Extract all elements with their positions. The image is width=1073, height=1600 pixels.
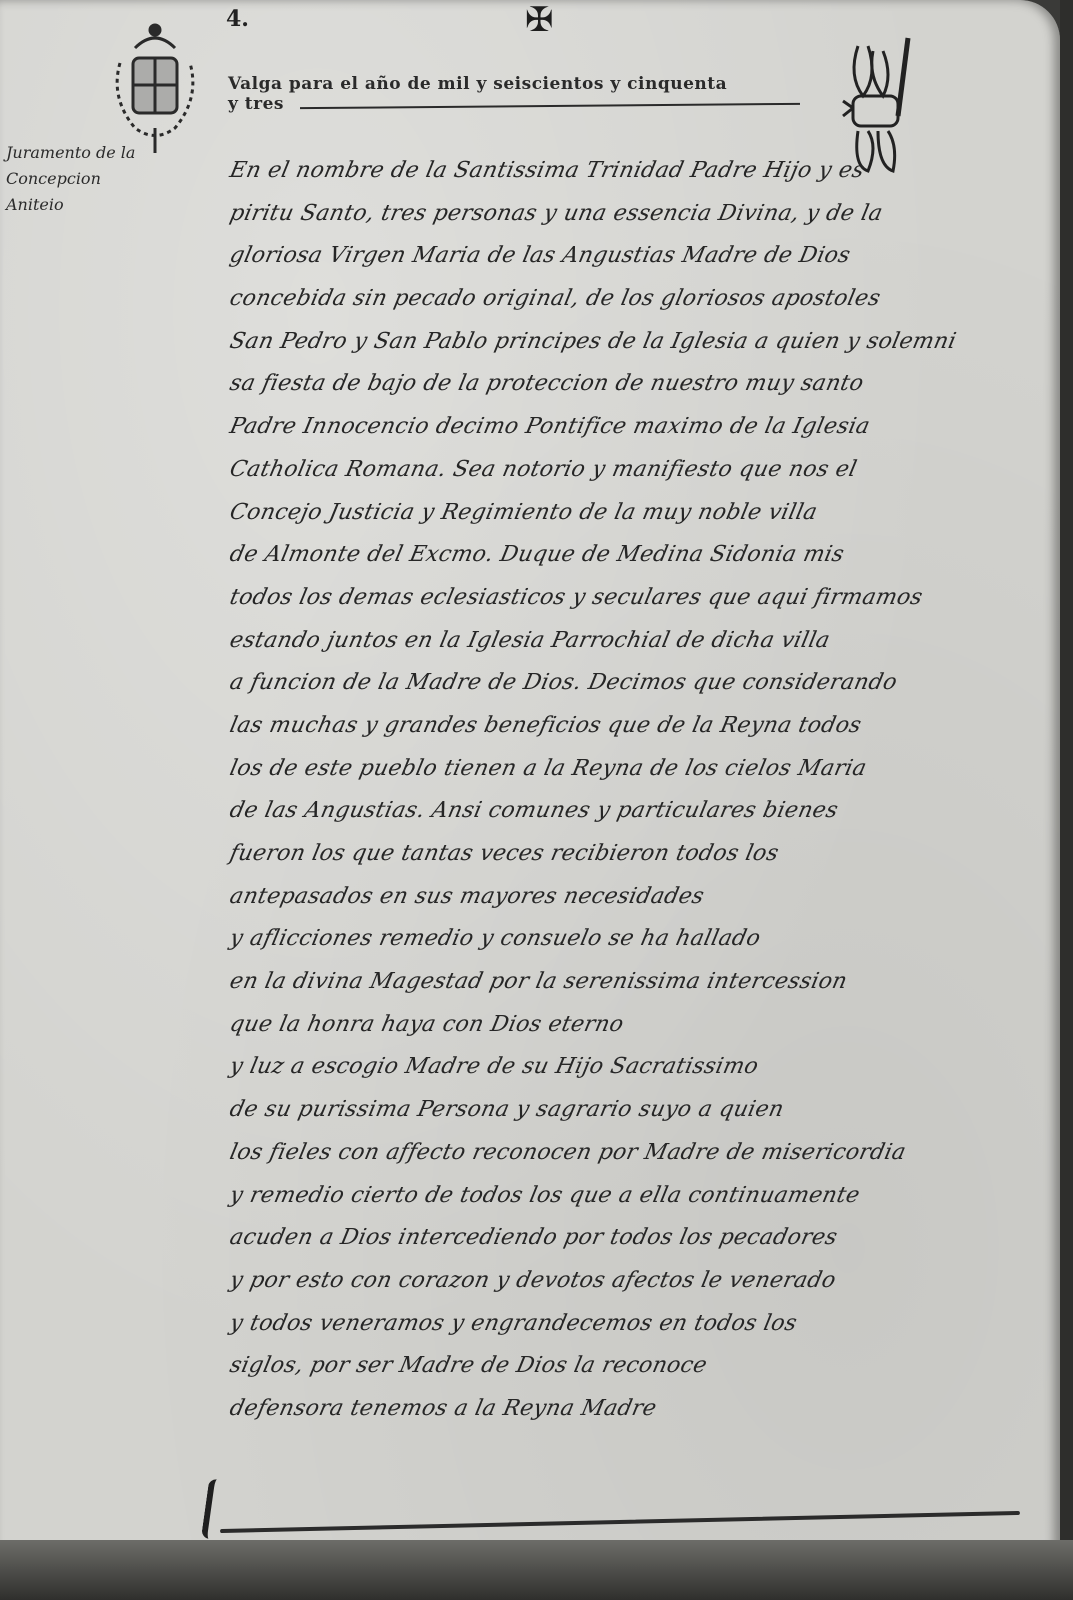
text-line: de su purissima Persona y sagrario suyo … (225, 1089, 1034, 1132)
text-line: antepasados en sus mayores necesidades (225, 876, 1034, 919)
text-line: Catholica Romana. Sea notorio y manifies… (225, 449, 1034, 492)
text-line: los fieles con affecto reconocen por Mad… (225, 1132, 1034, 1175)
text-line: San Pedro y San Pablo principes de la Ig… (225, 321, 1034, 364)
text-line: concebida sin pecado original, de los gl… (225, 278, 1034, 321)
margin-line: Aniteio (6, 192, 236, 218)
text-line: en la divina Magestad por la serenissima… (225, 961, 1034, 1004)
text-line: piritu Santo, tres personas y una essenc… (225, 193, 1034, 236)
margin-line: Concepcion (6, 166, 236, 192)
text-line: estando juntos en la Iglesia Parrochial … (225, 620, 1034, 663)
text-line: y luz a escogio Madre de su Hijo Sacrati… (225, 1046, 1034, 1089)
text-line: acuden a Dios intercediendo por todos lo… (225, 1217, 1034, 1260)
text-line: sa fiesta de bajo de la proteccion de nu… (225, 363, 1034, 406)
text-line: siglos, por ser Madre de Dios la reconoc… (225, 1345, 1034, 1388)
text-line: gloriosa Virgen Maria de las Angustias M… (225, 235, 1034, 278)
margin-line: Juramento de la (6, 140, 236, 166)
manuscript-body: En el nombre de la Santissima Trinidad P… (230, 150, 1030, 1431)
text-line: los de este pueblo tienen a la Reyna de … (225, 748, 1034, 791)
manuscript-page: 4. ✠ Valga para el año de mil y seiscien… (0, 0, 1060, 1560)
page-bottom-shadow (0, 1540, 1073, 1600)
text-line: y por esto con corazon y devotos afectos… (225, 1260, 1034, 1303)
margin-annotation: Juramento de la Concepcion Aniteio (6, 140, 236, 218)
text-line: las muchas y grandes beneficios que de l… (225, 705, 1034, 748)
text-line: Concejo Justicia y Regimiento de la muy … (225, 492, 1034, 535)
text-line: Padre Innocencio decimo Pontifice maximo… (225, 406, 1034, 449)
text-line: todos los demas eclesiasticos y seculare… (225, 577, 1034, 620)
text-line: de las Angustias. Ansi comunes y particu… (225, 790, 1034, 833)
text-line: fueron los que tantas veces recibieron t… (225, 833, 1034, 876)
text-line: de Almonte del Excmo. Duque de Medina Si… (225, 534, 1034, 577)
text-line: y aflicciones remedio y consuelo se ha h… (225, 918, 1034, 961)
closing-underline (220, 1511, 1020, 1533)
text-line: a funcion de la Madre de Dios. Decimos q… (225, 662, 1034, 705)
page-edge-shadow (1060, 0, 1073, 1600)
royal-coat-of-arms-icon (95, 18, 215, 158)
text-line: defensora tenemos a la Reyna Madre (225, 1388, 1034, 1431)
text-line: que la honra haya con Dios eterno (225, 1004, 1034, 1047)
stamp-header-line-1: Valga para el año de mil y seiscientos y… (228, 74, 828, 94)
folio-number: 4. (226, 6, 249, 32)
cross-ornament-icon: ✠ (525, 0, 554, 40)
text-line: y todos veneramos y engrandecemos en tod… (225, 1303, 1034, 1346)
text-line: En el nombre de la Santissima Trinidad P… (225, 150, 1034, 193)
text-line: y remedio cierto de todos los que a ella… (225, 1175, 1034, 1218)
